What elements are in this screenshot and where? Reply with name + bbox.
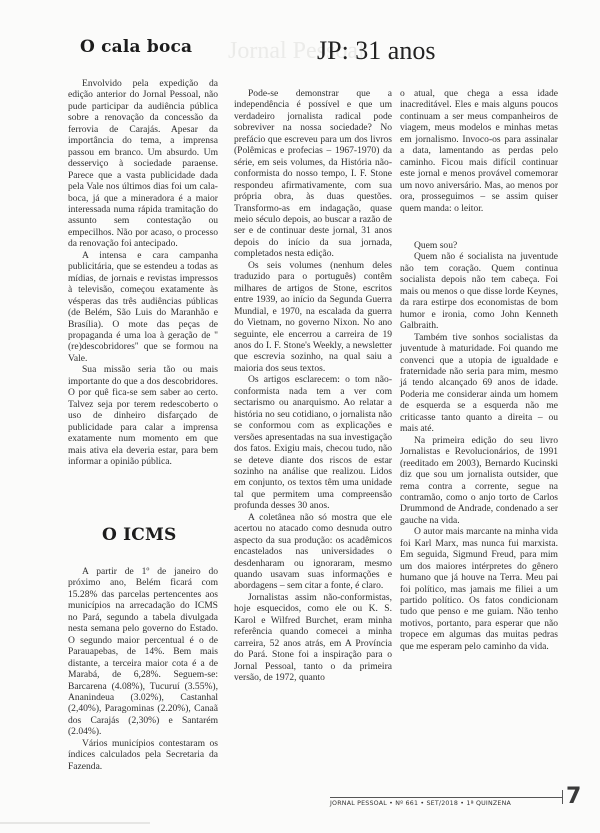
headline-icms: O ICMS xyxy=(102,525,177,545)
quem-sou-paragraph: Também tive sonhos socialistas da juvent… xyxy=(400,332,558,435)
jp31-paragraph: Os artigos esclarecem: o tom não-conform… xyxy=(234,374,392,511)
column-left-icms: A partir de 1º de janeiro do próximo ano… xyxy=(68,566,218,772)
quem-sou-paragraph: Quem não é socialista na juventude não t… xyxy=(400,251,558,331)
column-left: Envolvido pela expedição da edição anter… xyxy=(68,78,218,467)
jp31-paragraph: Pode-se demonstrar que a independência é… xyxy=(234,88,392,260)
jp31-paragraph: Jornalistas assim não-conformistas, hoje… xyxy=(234,592,392,684)
page-footer: JORNAL PESSOAL • Nº 661 • SET/2018 • 1ª … xyxy=(330,797,562,807)
column-middle: Pode-se demonstrar que a independência é… xyxy=(234,88,392,684)
icms-paragraph: A partir de 1º de janeiro do próximo ano… xyxy=(68,566,218,738)
headline-cala-boca: O cala boca xyxy=(80,37,192,57)
scan-shadow xyxy=(0,822,150,824)
subheading-quem-sou: Quem sou? xyxy=(400,240,558,251)
cala-boca-paragraph: Envolvido pela expedição da edição anter… xyxy=(68,78,218,250)
column-right: o atual, que chega a essa idade inacredi… xyxy=(400,88,558,652)
icms-paragraph: Vários municípios contestaram os índices… xyxy=(68,738,218,772)
quem-sou-paragraph: O autor mais marcante na minha vida foi … xyxy=(400,526,558,652)
section-spacer xyxy=(400,214,558,232)
jp31-paragraph: A coletânea não só mostra que ele acerto… xyxy=(234,512,392,592)
jp31-paragraph: Os seis volumes (nenhum deles traduzido … xyxy=(234,260,392,375)
quem-sou-paragraph: Na primeira edição do seu livro Jornalis… xyxy=(400,435,558,527)
newspaper-page: Jornal Pessoal O cala boca Envolvido pel… xyxy=(0,0,600,833)
footer-divider xyxy=(562,790,563,804)
jp31-continued-paragraph: o atual, que chega a essa idade inacredi… xyxy=(400,88,558,214)
page-number: 7 xyxy=(566,784,581,809)
headline-jp-31-anos: JP: 31 anos xyxy=(317,36,435,66)
cala-boca-paragraph: A intensa e cara campanha publicitária, … xyxy=(68,250,218,365)
cala-boca-paragraph: Sua missão seria tão ou mais importante … xyxy=(68,364,218,467)
